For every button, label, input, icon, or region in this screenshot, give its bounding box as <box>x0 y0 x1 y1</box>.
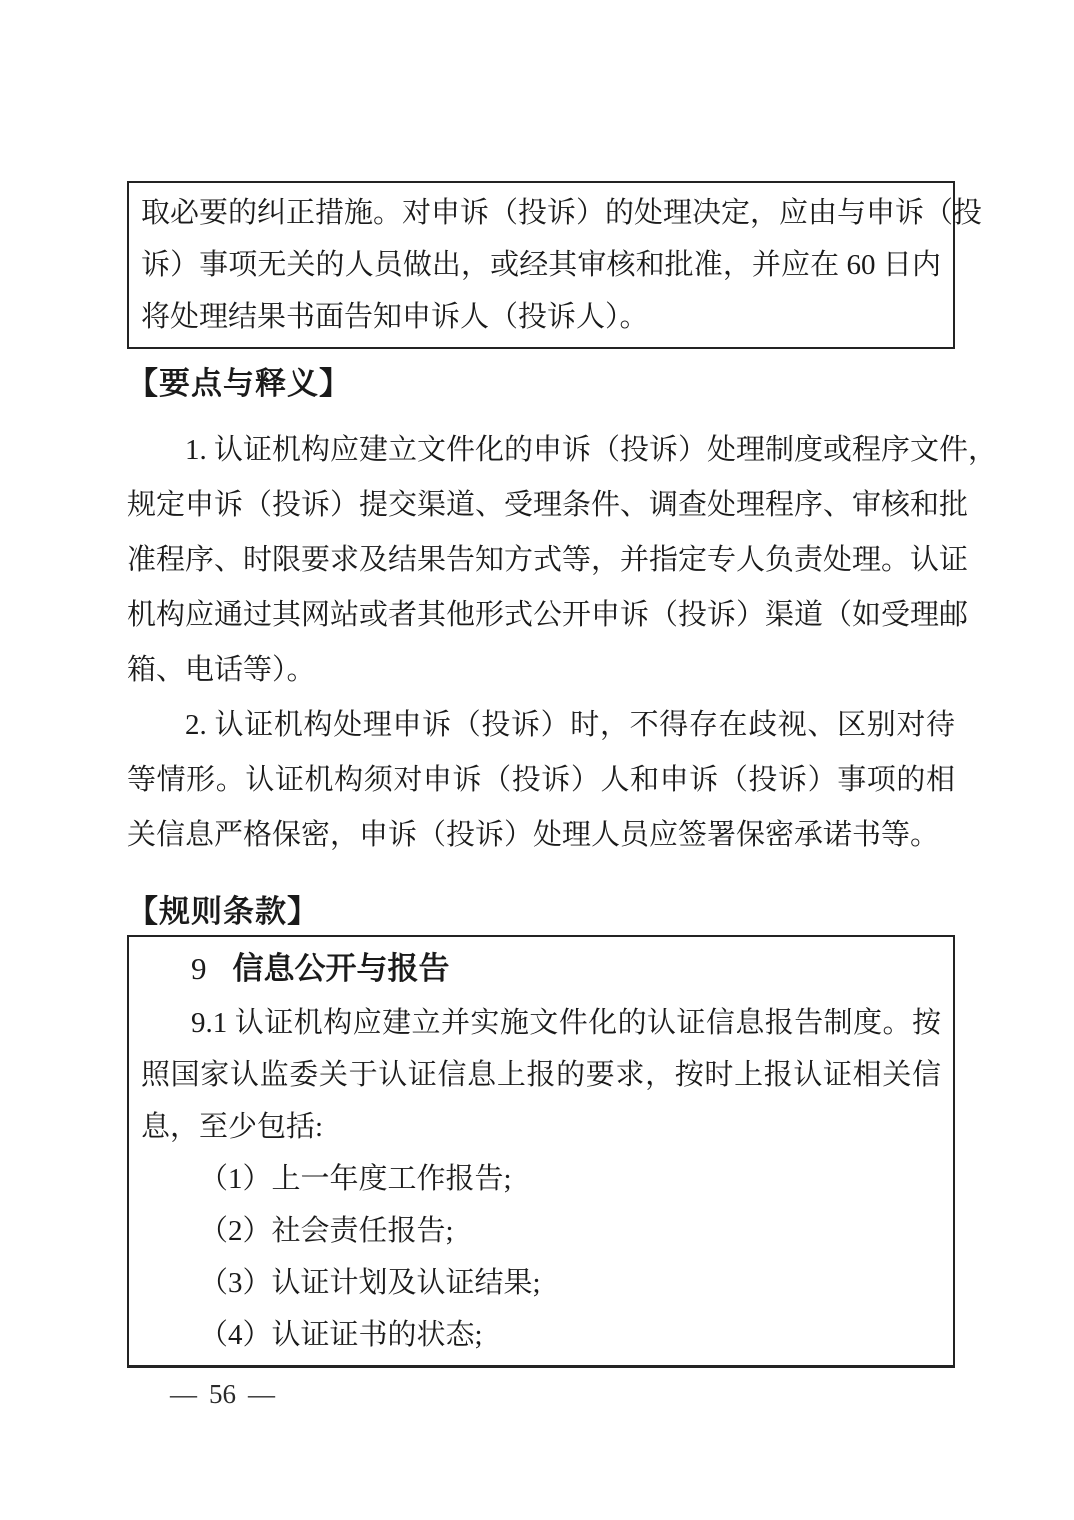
paragraph-line: 准程序、时限要求及结果告知方式等，并指定专人负责处理。认证 <box>127 533 955 588</box>
rule-list-item: （4）认证证书的状态; <box>141 1309 941 1361</box>
page-number: —56— <box>158 1378 287 1410</box>
paragraph-line: 1. 认证机构应建立文件化的申诉（投诉）处理制度或程序文件， <box>127 423 955 478</box>
carryover-line: 将处理结果书面告知申诉人（投诉人）。 <box>141 291 941 343</box>
rule-section-heading: 9信息公开与报告 <box>141 941 941 997</box>
page-number-value: 56 <box>209 1379 236 1409</box>
rule-list-item: （3）认证计划及认证结果; <box>141 1257 941 1309</box>
carryover-text-box: 取必要的纠正措施。对申诉（投诉）的处理决定，应由与申诉（投 诉）事项无关的人员做… <box>127 181 955 349</box>
paragraph-line: 关信息严格保密，申诉（投诉）处理人员应签署保密承诺书等。 <box>127 808 955 863</box>
section-header-rule-clause: 【规则条款】 <box>127 893 955 931</box>
paragraph-line: 机构应通过其网站或者其他形式公开申诉（投诉）渠道（如受理邮 <box>127 588 955 643</box>
paragraph-line: 2. 认证机构处理申诉（投诉）时，不得存在歧视、区别对待 <box>127 698 955 753</box>
section-header-key-points: 【要点与释义】 <box>127 365 955 403</box>
rule-paragraph-line: 照国家认监委关于认证信息上报的要求，按时上报认证相关信 <box>141 1049 941 1101</box>
page-number-dash: — <box>248 1379 275 1409</box>
page-content: 取必要的纠正措施。对申诉（投诉）的处理决定，应由与申诉（投 诉）事项无关的人员做… <box>127 181 955 1368</box>
rule-list-item: （1）上一年度工作报告; <box>141 1153 941 1205</box>
paragraph-line: 规定申诉（投诉）提交渠道、受理条件、调查处理程序、审核和批 <box>127 478 955 533</box>
page-number-dash: — <box>170 1379 197 1409</box>
paragraph-line: 箱、电话等）。 <box>127 643 955 698</box>
rule-section-title: 信息公开与报告 <box>233 951 450 986</box>
key-points-paragraph-2: 2. 认证机构处理申诉（投诉）时，不得存在歧视、区别对待 等情形。认证机构须对申… <box>127 698 955 863</box>
paragraph-line: 等情形。认证机构须对申诉（投诉）人和申诉（投诉）事项的相 <box>127 753 955 808</box>
rule-list-item: （2）社会责任报告; <box>141 1205 941 1257</box>
rule-section-number: 9 <box>191 951 207 986</box>
carryover-line: 取必要的纠正措施。对申诉（投诉）的处理决定，应由与申诉（投 <box>141 187 941 239</box>
rule-clause-box: 9信息公开与报告 9.1 认证机构应建立并实施文件化的认证信息报告制度。按 照国… <box>127 935 955 1368</box>
rule-paragraph-line: 9.1 认证机构应建立并实施文件化的认证信息报告制度。按 <box>141 997 941 1049</box>
carryover-line: 诉）事项无关的人员做出，或经其审核和批准，并应在 60 日内 <box>141 239 941 291</box>
key-points-paragraph-1: 1. 认证机构应建立文件化的申诉（投诉）处理制度或程序文件， 规定申诉（投诉）提… <box>127 423 955 698</box>
rule-paragraph-line: 息，至少包括: <box>141 1101 941 1153</box>
